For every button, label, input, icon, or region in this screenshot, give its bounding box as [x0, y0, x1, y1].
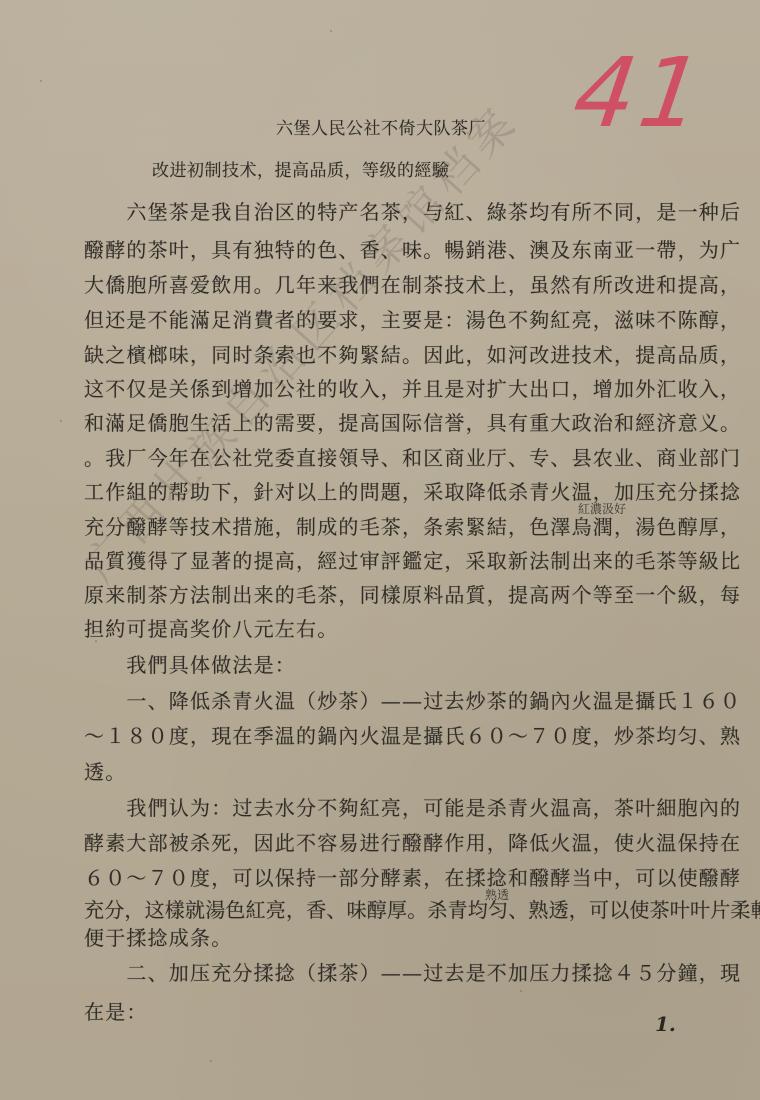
body-line: 但还是不能滿足消費者的要求，主要是：湯色不夠紅亮，滋味不陈醇，: [84, 310, 741, 330]
body-line: 透。: [84, 762, 126, 782]
body-line: 大僑胞所喜爱飲用。几年来我們在制茶技术上，虽然有所改进和提高，: [84, 275, 741, 295]
body-line: 品質獲得了显著的提高，經过审評鑑定，采取新法制出来的毛茶等級比: [84, 551, 741, 571]
paper-speck: [330, 30, 332, 32]
body-line: 便于揉捻成条。: [84, 928, 232, 948]
body-line: 充分，这樣就湯色紅亮，香、味醇厚。杀青均匀、熟透，可以使茶叶叶片柔軟: [84, 900, 760, 920]
body-line: 六堡茶是我自治区的特产名茶，与紅、綠茶均有所不同，是一种后: [84, 202, 741, 222]
body-line: 一、降低杀青火温（炒茶）——过去炒茶的鍋內火温是攝氏１６０: [84, 691, 741, 711]
body-line: 和滿足僑胞生活上的需要，提高国际信誉，具有重大政治和經济意义。: [84, 413, 741, 433]
body-line: 。我厂今年在公社党委直接領导、和区商业厅、专、县农业、商业部门: [84, 448, 741, 468]
body-line: 酵素大部被杀死，因此不容易进行醱酵作用，降低火温，使火温保持在: [84, 833, 741, 853]
body-line: ～１８０度，現在季温的鍋內火温是攝氏６０～７０度，炒茶均匀、熟: [84, 726, 741, 746]
paper-speck: [60, 420, 62, 422]
paper-speck: [210, 1060, 212, 1062]
document-subtitle: 改进初制技术，提高品质，等级的經驗: [152, 163, 450, 180]
handwritten-page-number: 41: [568, 45, 712, 141]
body-line: 原来制茶方法制出来的毛茶，同樣原料品質，提高两个等至一个級，每: [84, 585, 741, 605]
paper-speck: [520, 990, 522, 992]
body-line: 我們认为：过去水分不夠紅亮，可能是杀青火温高，茶叶細胞內的: [84, 798, 741, 818]
body-line: 工作組的帮助下，針对以上的問題，采取降低杀青火温，加压充分揉捻: [84, 482, 741, 502]
body-line: 醱酵的茶叶，具有独特的色、香、味。暢銷港、澳及东南亚一帶，为广: [84, 240, 741, 260]
body-line: 在是：: [84, 1002, 148, 1022]
body-line: 担約可提高奖价八元左右。: [84, 619, 338, 639]
body-line: 这不仅是关係到增加公社的收入，并且是对扩大出口，增加外汇收入，: [84, 379, 741, 399]
paper-speck: [40, 80, 42, 82]
body-line: 缺之檳榔味，同时条索也不夠緊結。因此，如河改进技术，提高品质，: [84, 345, 741, 365]
body-line: 充分醱酵等技术措施，制成的毛茶，条索緊結，色澤烏潤，湯色醇厚，: [84, 517, 741, 537]
footer-page-mark: 1.: [655, 1012, 676, 1036]
document-page: 41 广西壮族自治区档案馆档案 六堡人民公社不倚大队茶厂 改进初制技术，提高品质…: [0, 0, 760, 1100]
body-line: 二、加压充分揉捻（揉茶）——过去是不加压力揉捻４５分鐘，現: [84, 963, 741, 983]
document-title: 六堡人民公社不倚大队茶厂: [276, 121, 486, 138]
body-line: 我們具体做法是：: [84, 655, 296, 675]
body-line: ６０～７０度，可以保持一部分酵素，在揉捻和醱酵当中，可以使醱酵: [84, 868, 741, 888]
